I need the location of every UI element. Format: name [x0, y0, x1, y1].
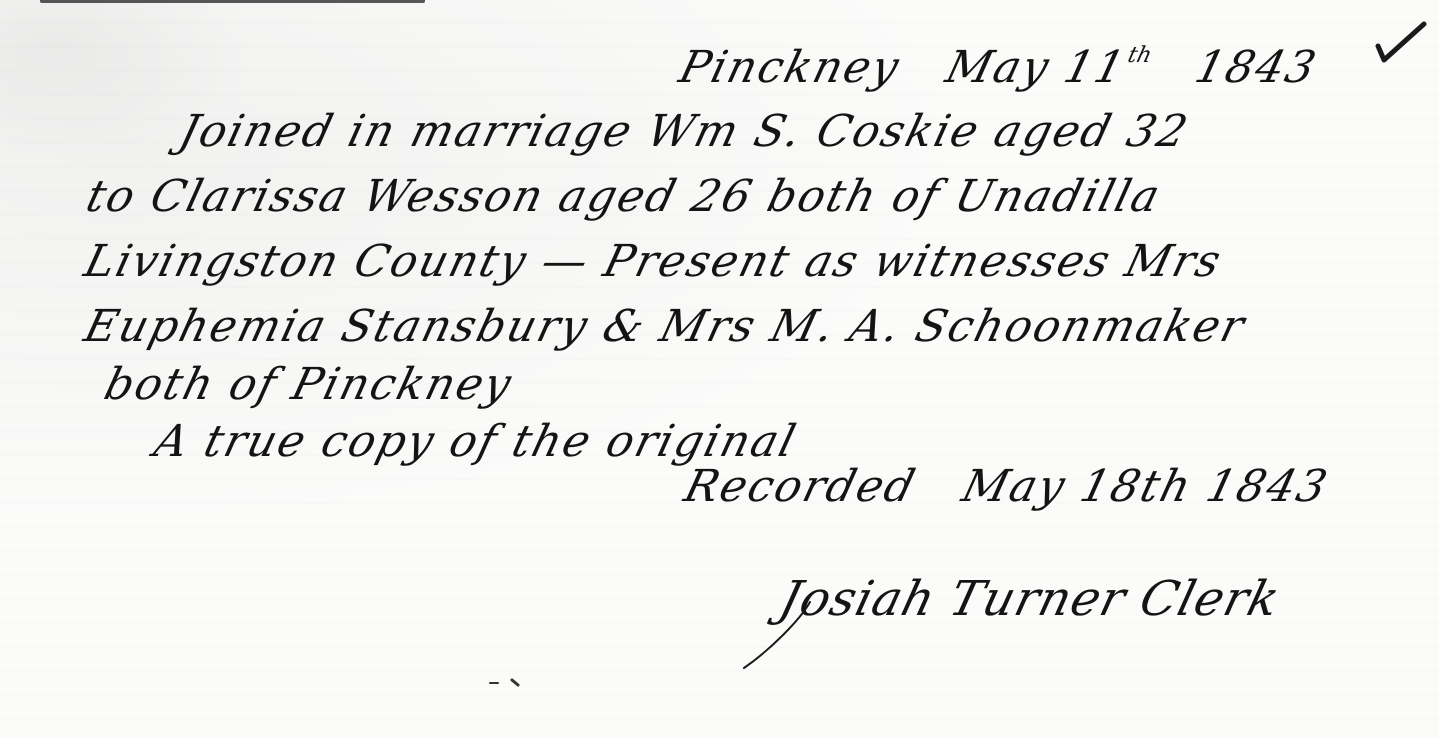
record-line-4: Euphemia Stansbury & Mrs M. A. Schoonmak… — [80, 305, 1250, 349]
scanned-document-page: Pinckney May 11th 1843 Joined in marriag… — [0, 0, 1439, 738]
recorded-label: Recorded — [679, 461, 921, 512]
record-line-3: Livingston County — Present as witnesses… — [80, 240, 1226, 284]
previous-page-edge — [40, 0, 425, 3]
recorded-date-line: Recorded May 18th 1843 — [680, 465, 1333, 509]
ink-speck — [488, 678, 528, 688]
recorded-date: May 18th 1843 — [957, 461, 1334, 512]
signature-flourish — [740, 600, 830, 670]
record-line-5: both of Pinckney — [100, 363, 517, 407]
record-date-suffix: th — [1125, 43, 1154, 68]
clerk-signature: Josiah Turner Clerk — [775, 575, 1285, 623]
record-line-1: Joined in marriage Wm S. Coskie aged 32 — [175, 110, 1193, 154]
record-place: Pinckney — [674, 42, 905, 93]
true-copy-statement: A true copy of the original — [150, 420, 801, 464]
record-year: 1843 — [1190, 42, 1323, 93]
check-mark-icon — [1372, 16, 1428, 66]
record-place-date: Pinckney May 11th 1843 — [675, 45, 1322, 90]
record-line-2: to Clarissa Wesson aged 26 both of Unadi… — [82, 175, 1166, 219]
record-date: May 11 — [941, 42, 1132, 93]
